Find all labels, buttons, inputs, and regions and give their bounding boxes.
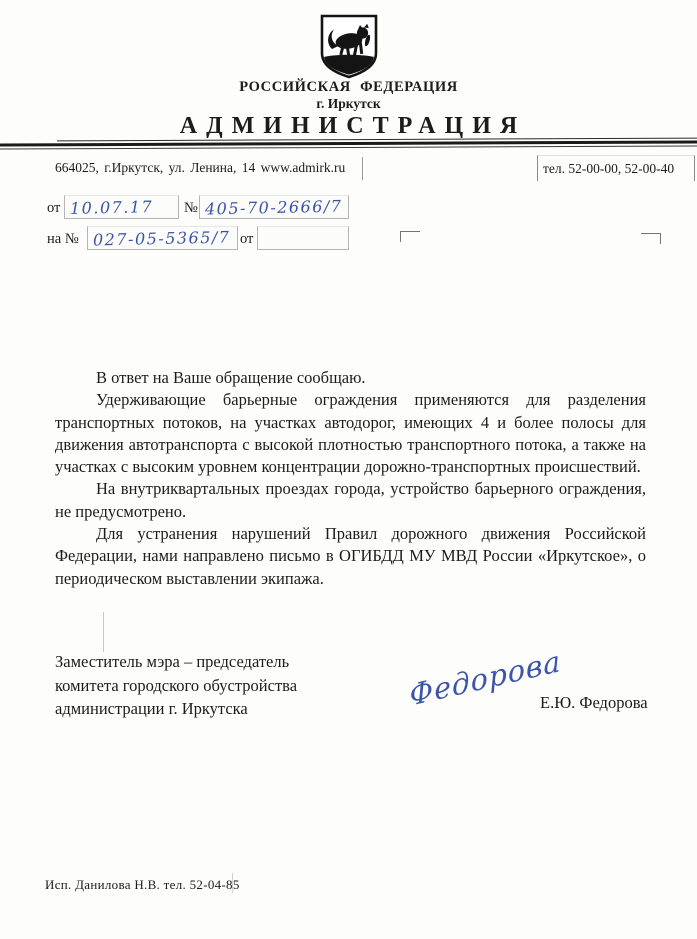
incoming-number-label: на №	[47, 231, 79, 248]
handwritten-signature: Федорова	[408, 649, 538, 712]
body-paragraph: Удерживающие барьерные ограждения примен…	[55, 389, 646, 478]
reference-block: от 10.07.17 № 405-70-2666/7 на № 027-05-…	[47, 193, 367, 255]
address-divider-line	[362, 157, 363, 180]
signatory-position-line: комитета городского обустройства	[55, 674, 297, 698]
signatory-position: Заместитель мэра – председатель комитета…	[55, 650, 297, 721]
country-name: РОССИЙСКАЯ ФЕДЕРАЦИЯ	[0, 79, 697, 96]
city-name: г. Иркутск	[0, 96, 697, 112]
postal-address: 664025, г.Иркутск, ул. Ленина, 14 www.ad…	[55, 160, 345, 176]
outgoing-date-field: 10.07.17	[64, 195, 179, 219]
incoming-date-label: от	[240, 231, 253, 248]
signatory-position-line: администрации г. Иркутска	[55, 697, 297, 721]
handwritten-date: 10.07.17	[70, 197, 154, 218]
outgoing-date-label: от	[47, 200, 60, 217]
addressee-corner-mark-right	[641, 233, 661, 244]
header-rule-thin-bottom	[0, 145, 697, 149]
scan-artifact-line	[103, 612, 104, 652]
body-paragraph: В ответ на Ваше обращение сообщаю.	[55, 367, 646, 389]
addressee-corner-mark-left	[400, 231, 420, 242]
body-paragraph: На внутриквартальных проездах города, ус…	[55, 478, 646, 523]
signatory-name: Е.Ю. Федорова	[540, 693, 648, 713]
outgoing-number-label: №	[184, 200, 198, 217]
handwritten-outgoing-number: 405-70-2666/7	[205, 197, 343, 219]
scanned-letter-page: РОССИЙСКАЯ ФЕДЕРАЦИЯ г. Иркутск АДМИНИСТ…	[0, 0, 697, 939]
outgoing-number-field: 405-70-2666/7	[199, 195, 349, 219]
organization-title: АДМИНИСТРАЦИЯ	[0, 113, 697, 140]
phone-numbers: тел. 52-00-00, 52-00-40	[537, 155, 695, 181]
signatory-position-line: Заместитель мэра – председатель	[55, 650, 297, 674]
incoming-date-field	[257, 226, 349, 250]
irkutsk-coat-of-arms-icon	[317, 12, 381, 87]
executor-note: Исп. Данилова Н.В. тел. 52-04-85	[45, 877, 240, 893]
body-paragraph: Для устранения нарушений Правил дорожног…	[55, 523, 646, 590]
letter-body: В ответ на Ваше обращение сообщаю. Удерж…	[55, 367, 646, 590]
incoming-number-field: 027-05-5365/7	[87, 226, 238, 250]
executor-scan-line	[232, 873, 233, 893]
handwritten-incoming-number: 027-05-5365/7	[93, 228, 231, 250]
